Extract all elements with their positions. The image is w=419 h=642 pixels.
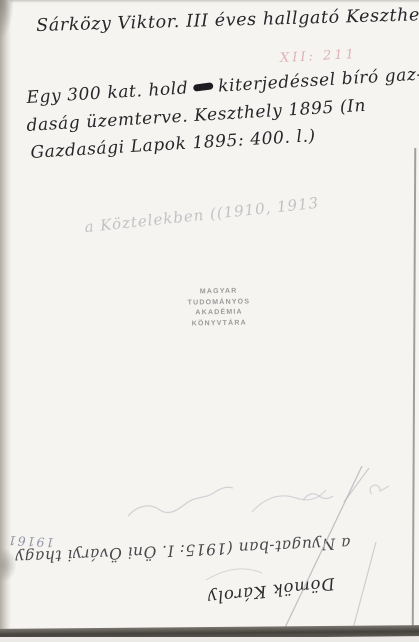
library-stamp: MAGYAR TUDOMÁNYOS AKADÉMIA KÖNYVTÁRA [163,286,276,330]
header-line: Sárközy Viktor. III éves hallgató Keszth… [36,6,408,36]
edge-smudge-top [0,0,14,40]
rotated-pencil-note: a Nyugat-ban (1915: I. Öni Öváryi thagy [67,508,351,564]
rotated-signature: Dömök Károly [192,574,335,609]
library-stamp-line-3: KÖNYVTÁRA [163,318,275,330]
ink-blot [193,82,214,92]
page-left-edge [0,0,11,642]
edge-smudge-bottom [0,548,16,582]
shelfmark-pencil: XII: 211 [280,47,358,66]
scan-background-strip [0,637,419,642]
library-stamp-line-2: TUDOMÁNYOS AKADÉMIA [163,297,275,320]
body-line-1-pre: Egy 300 kat. hold [26,78,189,108]
page-right-edge [412,148,417,634]
scanned-card-page: Sárközy Viktor. III éves hallgató Keszth… [0,0,419,642]
body-line-1-post: kiterjedéssel bíró gaz- [218,64,419,96]
pencil-reference-note: a Köztelekben ((1910, 1913 [84,194,320,237]
page-top-edge [10,0,419,3]
